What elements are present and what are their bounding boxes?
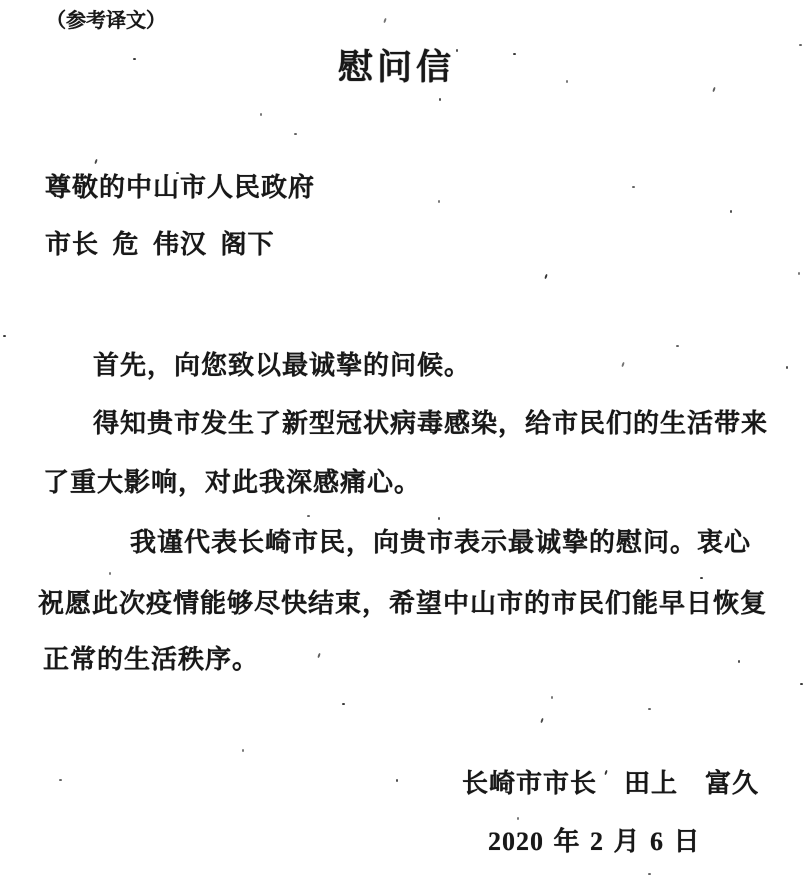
scan-speck bbox=[800, 683, 803, 685]
scan-speck bbox=[621, 362, 625, 367]
paragraph-3-line-2: 祝愿此次疫情能够尽快结束，希望中山市的市民们能早日恢复 bbox=[38, 591, 767, 617]
scan-speck bbox=[109, 572, 111, 575]
scan-speck bbox=[799, 44, 802, 46]
scan-speck bbox=[566, 80, 568, 83]
scan-speck bbox=[439, 98, 441, 101]
scan-speck bbox=[676, 345, 679, 347]
scan-speck bbox=[798, 272, 800, 275]
scan-speck bbox=[513, 53, 516, 55]
paragraph-3-line-1: 我谨代表长崎市民，向贵市表示最诚挚的慰问。衷心 bbox=[130, 530, 751, 556]
scan-speck bbox=[59, 779, 62, 781]
scan-speck bbox=[307, 515, 310, 517]
paragraph-1-line-1: 首先，向您致以最诚挚的问候。 bbox=[93, 353, 471, 379]
salutation-mayor-name: 市长 危 伟汉 阁下 bbox=[45, 232, 275, 258]
scan-speck bbox=[648, 708, 651, 710]
scan-speck bbox=[540, 718, 544, 723]
scan-speck bbox=[456, 49, 458, 52]
scan-speck bbox=[294, 133, 297, 135]
scan-speck bbox=[342, 703, 345, 705]
scan-speck bbox=[648, 873, 651, 875]
scan-speck bbox=[730, 210, 732, 213]
paragraph-3-line-3: 正常的生活秩序。 bbox=[43, 647, 259, 673]
paragraph-2-line-2: 了重大影响，对此我深感痛心。 bbox=[43, 470, 421, 496]
salutation-recipient: 尊敬的中山市人民政府 bbox=[45, 175, 315, 201]
scan-speck bbox=[3, 335, 6, 337]
scan-speck bbox=[544, 274, 548, 279]
letter-title: 慰问信 bbox=[338, 50, 455, 85]
scan-speck bbox=[133, 58, 136, 60]
scan-speck bbox=[383, 18, 387, 23]
reference-translation-note: （参考译文） bbox=[46, 11, 166, 31]
scan-speck bbox=[551, 696, 553, 699]
scanned-letter-page: （参考译文） 慰问信 尊敬的中山市人民政府 市长 危 伟汉 阁下 首先，向您致以… bbox=[0, 0, 808, 884]
scan-speck bbox=[738, 660, 740, 663]
scan-speck bbox=[438, 517, 440, 520]
scan-speck bbox=[94, 159, 98, 164]
scan-speck bbox=[438, 200, 440, 203]
scan-speck bbox=[632, 186, 635, 188]
scan-speck bbox=[517, 817, 519, 820]
scan-speck bbox=[396, 779, 398, 782]
scan-speck bbox=[700, 577, 703, 579]
scan-speck bbox=[712, 87, 716, 92]
letter-date: 2020 年 2 月 6 日 bbox=[488, 829, 701, 855]
scan-speck bbox=[242, 749, 244, 752]
scan-speck bbox=[260, 113, 262, 116]
signature-mayor-of-nagasaki: 长崎市市长 田上 富久 bbox=[462, 771, 759, 797]
scan-speck bbox=[317, 653, 321, 658]
paragraph-2-line-1: 得知贵市发生了新型冠状病毒感染，给市民们的生活带来 bbox=[93, 411, 768, 437]
scan-speck bbox=[786, 366, 788, 369]
